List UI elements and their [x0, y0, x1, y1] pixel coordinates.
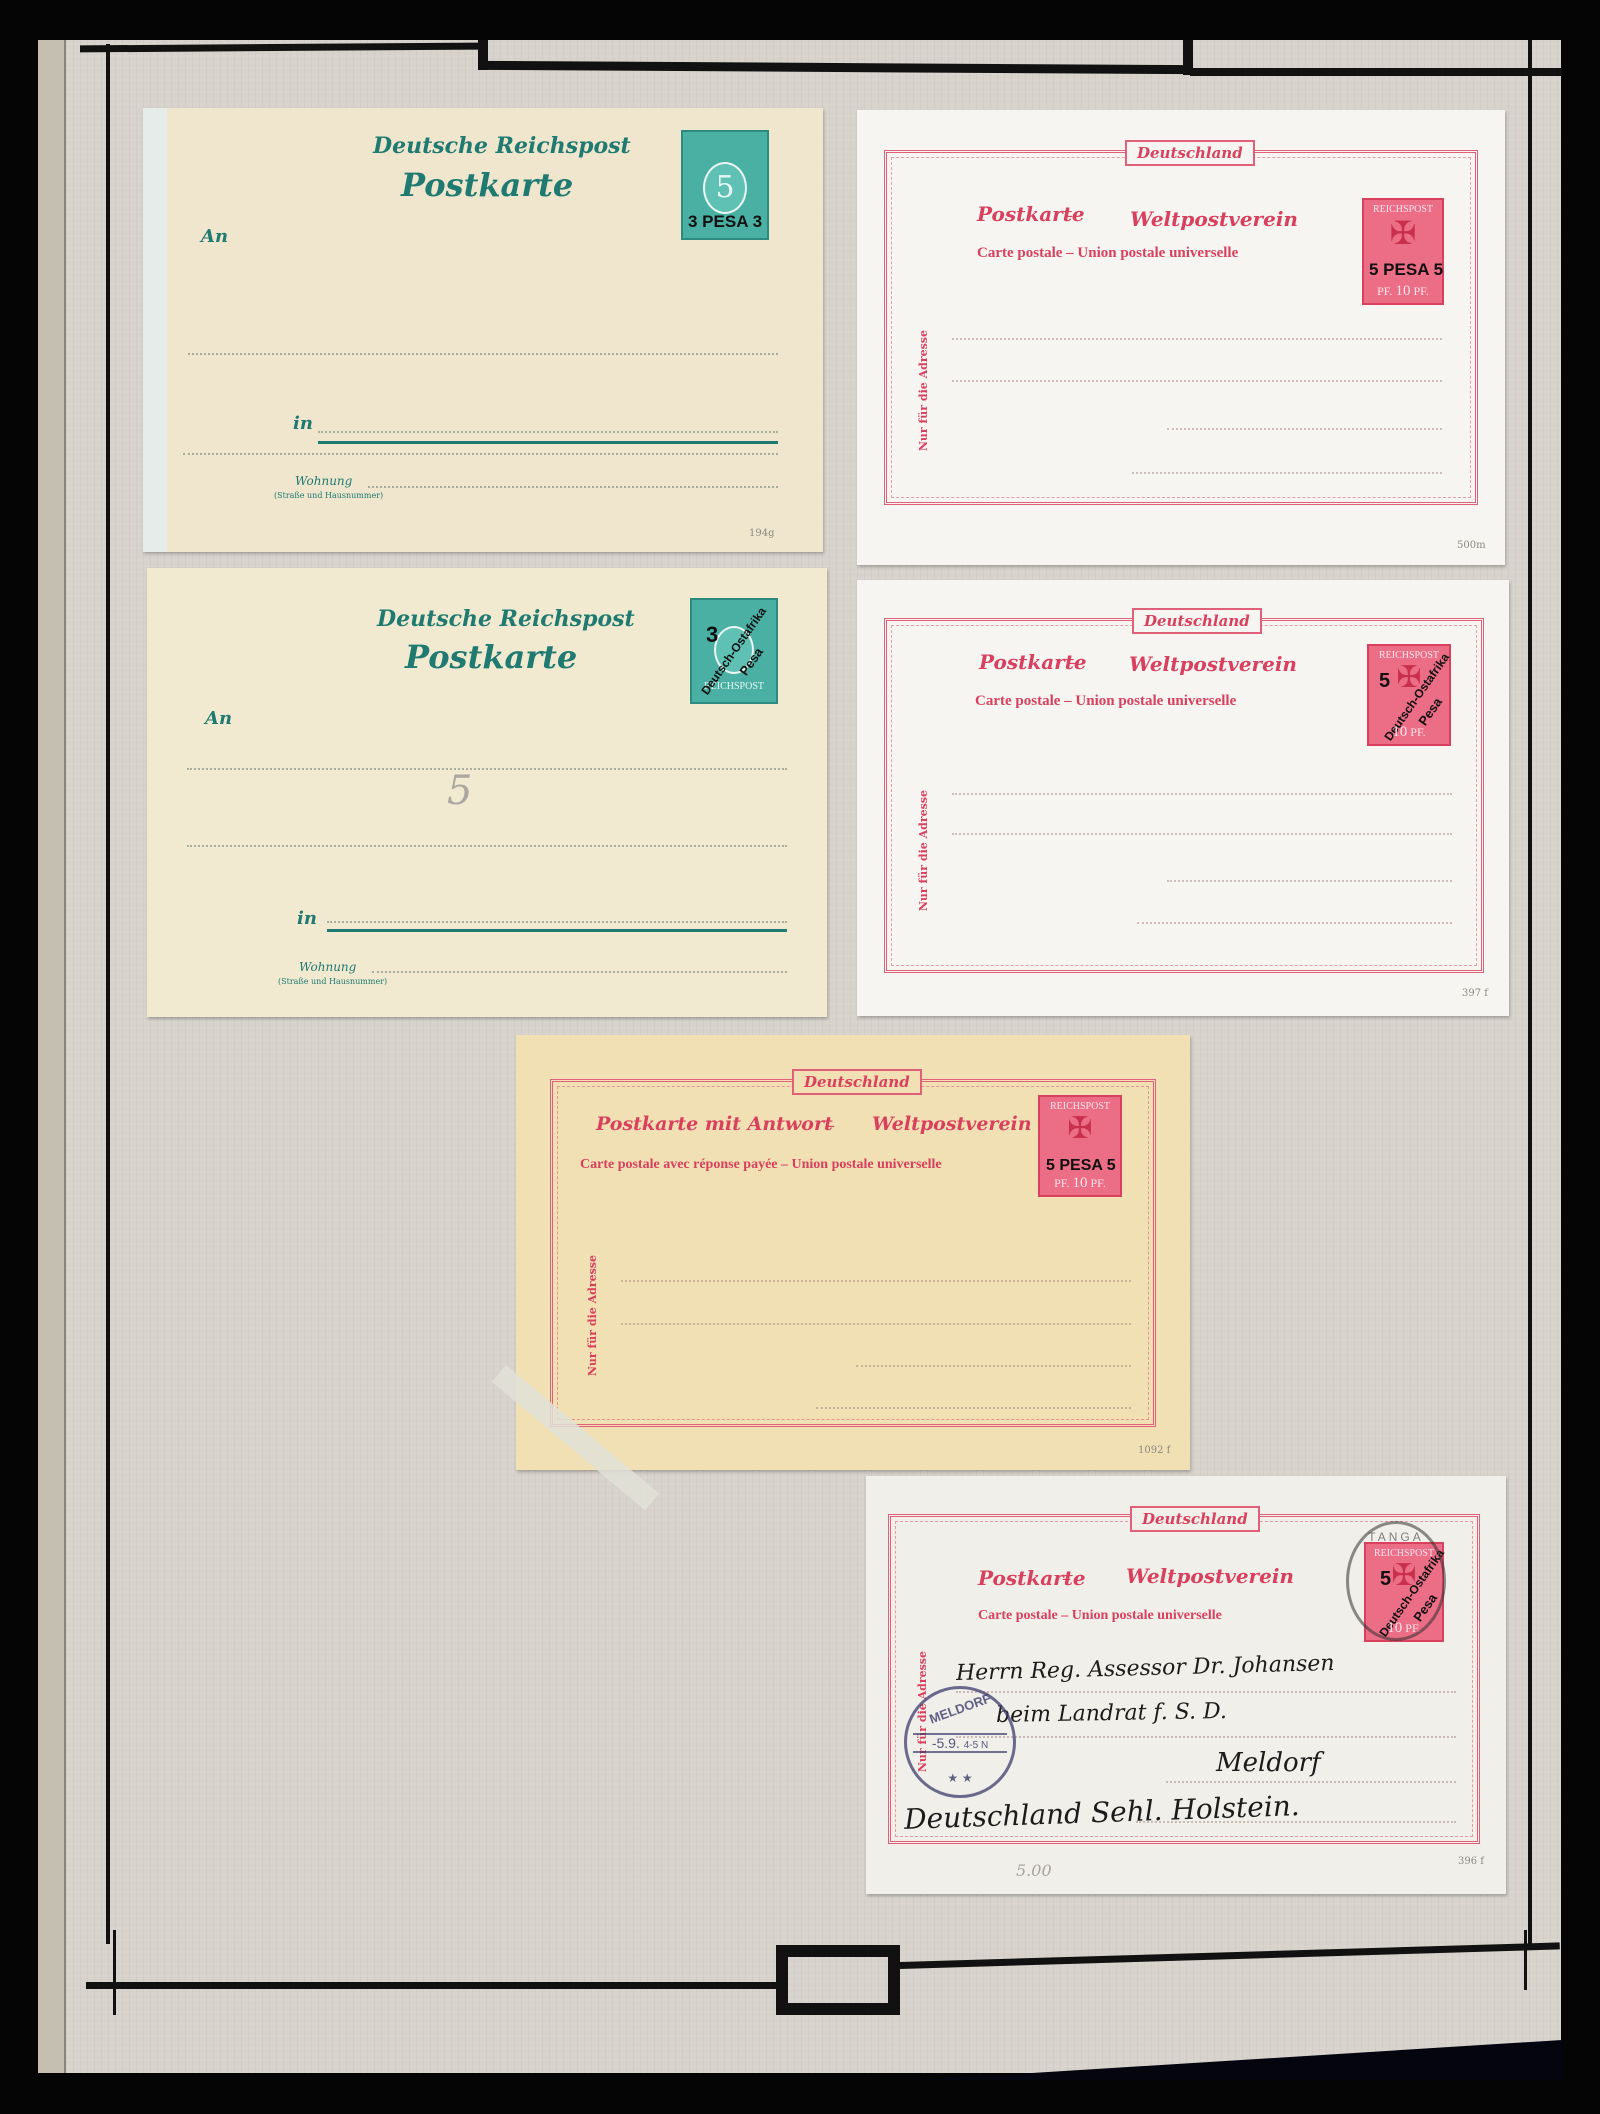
- handwriting-line-2: beim Landrat f. S. D.: [996, 1699, 1227, 1728]
- residence-line: [368, 486, 778, 488]
- handwriting-line-3: Meldorf: [1216, 1748, 1321, 1778]
- address-line-1: [952, 793, 1452, 795]
- stamp-overprint: 5 PESA 5: [1369, 260, 1443, 280]
- card-left-strip: [143, 108, 167, 552]
- card-subtitle: Carte postale – Union postale universell…: [975, 693, 1236, 710]
- title-dash: –: [826, 1115, 835, 1136]
- address-line-2: [956, 1736, 1456, 1738]
- address-line-4: [1132, 472, 1442, 474]
- frame-line-bottom-left: [86, 1982, 776, 1989]
- stamp-value: 10: [1073, 1175, 1088, 1191]
- frame-bottom-tick-right: [1524, 1930, 1527, 1990]
- to-label: An: [205, 708, 232, 729]
- stamp-unit-right: PF.: [1414, 284, 1429, 298]
- to-label: An: [201, 226, 228, 247]
- banner-deutschland: Deutschland: [1132, 608, 1262, 634]
- used-postcard-meldorf: Deutschland Postkarte – Weltpostverein C…: [866, 1476, 1506, 1894]
- card-heading: Deutsche Reichspost: [377, 606, 635, 632]
- address-line-3: [856, 1365, 1131, 1367]
- address-line-1: [952, 338, 1442, 340]
- eagle-icon: ✠: [1040, 1112, 1120, 1146]
- address-line-2: [952, 833, 1452, 835]
- postmark-date: -5.9. 4-5 N: [913, 1733, 1007, 1753]
- address-line-2: [183, 453, 778, 455]
- card-title-right: Weltpostverein: [872, 1113, 1032, 1135]
- card-title: Postkarte: [401, 166, 573, 204]
- city-dotted-line: [318, 431, 778, 433]
- address-sublabel: (Straße und Hausnummer): [274, 491, 383, 500]
- frame-line-top-right: [1190, 68, 1562, 76]
- stamp-unit-left: PF.: [1377, 284, 1392, 298]
- side-label: Nur für die Adresse: [917, 330, 930, 451]
- card-title-right: Weltpostverein: [1130, 207, 1298, 231]
- pencil-price: 5.00: [1016, 1861, 1052, 1880]
- address-line-3: [1167, 428, 1442, 430]
- stamp-value: 10: [1396, 283, 1411, 299]
- address-line-4: [1137, 922, 1452, 924]
- card-title-left: Postkarte mit Antwort: [596, 1113, 833, 1135]
- reply-postcard-5-pesa: Deutschland Postkarte mit Antwort – Welt…: [516, 1035, 1190, 1470]
- print-number: 396 f: [1458, 1856, 1484, 1867]
- address-sublabel: (Straße und Hausnummer): [278, 977, 387, 986]
- in-label: in: [293, 413, 313, 434]
- city-dotted-line: [327, 921, 787, 923]
- overprint-value: 3: [706, 622, 718, 648]
- overprint-value: 5: [1379, 670, 1390, 693]
- postcard-5-pesa-red-uprinted: Deutschland Postkarte – Weltpostverein C…: [857, 110, 1505, 565]
- address-line-1: [956, 1691, 1456, 1693]
- card-subtitle: Carte postale avec réponse payée – Union…: [580, 1157, 942, 1173]
- address-label: Wohnung: [299, 960, 356, 974]
- print-number: 1092 f: [1138, 1445, 1170, 1456]
- address-line-3: [1167, 880, 1452, 882]
- album-page-spine: [38, 40, 66, 2073]
- stamp-red-10pf: REICHSPOST ✠ 5 PESA 5 PF. 10 PF.: [1038, 1095, 1122, 1197]
- postmark-stars: ★ ★: [907, 1771, 1013, 1785]
- print-number: 500m: [1457, 540, 1486, 551]
- stamp-red-10pf: REICHSPOST ✠ 5 PESA 5 PF. 10 PF.: [1362, 198, 1444, 305]
- postmark-time-text: 4-5 N: [964, 1740, 988, 1751]
- postcard-5-deutsch-ostafrika-red: Deutschland Postkarte – Weltpostverein C…: [857, 580, 1509, 1016]
- postmark-meldorf: MELDORF -5.9. 4-5 N ★ ★: [904, 1686, 1016, 1798]
- stamp-value: 10: [1392, 724, 1407, 740]
- stamp-overprint: 5 PESA 5: [1046, 1157, 1116, 1175]
- frame-line-right: [1528, 40, 1532, 1950]
- card-subtitle: Carte postale – Union postale universell…: [978, 1608, 1222, 1624]
- stamp-unit-left: PF.: [1054, 1176, 1069, 1190]
- card-title: Postkarte: [405, 638, 577, 676]
- address-line-2: [621, 1323, 1131, 1325]
- banner-deutschland: Deutschland: [1125, 140, 1255, 166]
- postcard-3-pesa-deutsch-ostafrika-green: Deutsche Reichspost Postkarte REICHSPOST…: [147, 568, 827, 1017]
- stamp-unit-right: PF.: [1410, 725, 1425, 739]
- eagle-icon: ✠: [1364, 215, 1442, 251]
- side-label: Nur für die Adresse: [917, 790, 930, 911]
- stamp-value-row: PF. 10 PF.: [1364, 283, 1442, 300]
- postmark-tanga-text: TANGA: [1349, 1530, 1443, 1544]
- address-line-1: [188, 353, 778, 355]
- stamp-value-row: PF. 10 PF.: [1040, 1175, 1120, 1192]
- stamp-overprint: 3 PESA 3: [688, 212, 762, 232]
- frame-tab-bottom: [776, 1945, 900, 2015]
- postcard-3-pesa-green: Deutsche Reichspost Postkarte 5 3 PESA 3…: [143, 108, 823, 552]
- address-line-2: [952, 380, 1442, 382]
- banner-deutschland: Deutschland: [792, 1069, 922, 1095]
- title-dash: –: [1067, 652, 1076, 673]
- stamp-green-5: 5 3 PESA 3: [681, 130, 769, 240]
- pencil-mark: 5: [447, 768, 472, 814]
- postmark-date-text: -5.9.: [932, 1735, 960, 1751]
- side-label: Nur für die Adresse: [586, 1255, 599, 1376]
- card-title-right: Weltpostverein: [1126, 1564, 1294, 1588]
- address-line-1: [187, 768, 787, 770]
- stamp-green-overprinted: REICHSPOST 3 Deutsch-Ostafrika Pesa: [690, 598, 778, 704]
- print-number: 194g: [749, 528, 775, 539]
- banner-deutschland: Deutschland: [1130, 1506, 1260, 1532]
- city-underline: [327, 929, 787, 932]
- stamp-value: 5: [703, 162, 747, 214]
- address-line-2: [187, 845, 787, 847]
- address-line-4: [816, 1407, 1131, 1409]
- frame-bottom-tick-left: [113, 1930, 116, 2015]
- address-line-3: [1166, 1781, 1456, 1783]
- stamp-value-row: 10 PF.: [1369, 724, 1449, 741]
- print-number: 397 f: [1462, 988, 1488, 999]
- frame-line-left: [106, 44, 110, 1944]
- stamp-red-overprinted: REICHSPOST ✠ 5 Deutsch-Ostafrika Pesa 10…: [1367, 644, 1451, 746]
- address-label: Wohnung: [295, 474, 352, 488]
- residence-line: [372, 971, 787, 973]
- postmark-tanga: TANGA: [1346, 1521, 1446, 1641]
- in-label: in: [297, 908, 317, 929]
- card-heading: Deutsche Reichspost: [373, 133, 631, 159]
- stamp-unit-right: PF.: [1091, 1176, 1106, 1190]
- title-dash: –: [1064, 205, 1073, 226]
- address-line-1: [621, 1280, 1131, 1282]
- card-subtitle: Carte postale – Union postale universell…: [977, 245, 1238, 262]
- card-title-right: Weltpostverein: [1129, 652, 1297, 676]
- city-underline: [318, 441, 778, 444]
- title-dash: –: [1062, 1568, 1071, 1589]
